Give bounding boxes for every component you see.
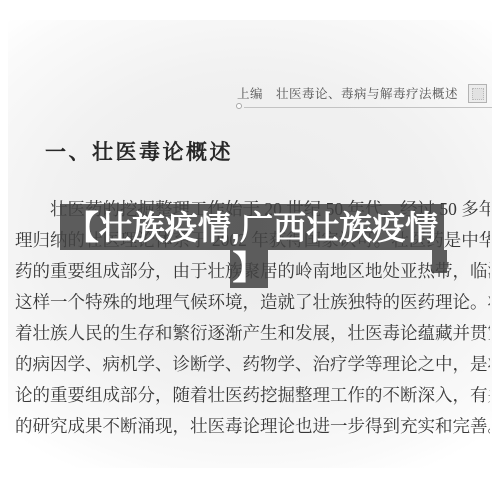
header-section-label: 上编 xyxy=(237,87,263,101)
text-line: 的病因学、病机学、诊断学、药物学、治疗学等理论之中，是壮医基础理 xyxy=(15,349,490,380)
chapter-heading: 一、壮医毒论概述 xyxy=(45,136,233,166)
watermark-overlay-line1: 【壮族疫情,广西壮族疫情 xyxy=(60,204,444,250)
ornament-stamp-inner xyxy=(472,88,484,100)
watermark-overlay-bracket: 】 xyxy=(230,250,268,288)
header-rule xyxy=(244,107,492,108)
text-line: 的研究成果不断涌现，壮医毒论理论也进一步得到充实和完善。 xyxy=(15,411,490,442)
running-header: 上编壮医毒论、毒病与解毒疗法概述 xyxy=(237,84,458,102)
header-rule-circle-icon xyxy=(236,103,242,109)
text-line: 论的重要组成部分，随着壮医药挖掘整理工作的不断深入，有关壮医毒论 xyxy=(15,380,490,411)
ornament-stamp-icon xyxy=(468,84,487,103)
header-title: 壮医毒论、毒病与解毒疗法概述 xyxy=(276,87,458,101)
watermark-overlay-notch xyxy=(432,250,447,273)
text-line: 着壮族人民的生存和繁衍逐渐产生和发展，壮医毒论蕴藏并贯穿于壮医学 xyxy=(15,318,490,349)
text-line: 这样一个特殊的地理气候环境，造就了壮族独特的医药理论。壮医药伴随 xyxy=(15,287,490,318)
